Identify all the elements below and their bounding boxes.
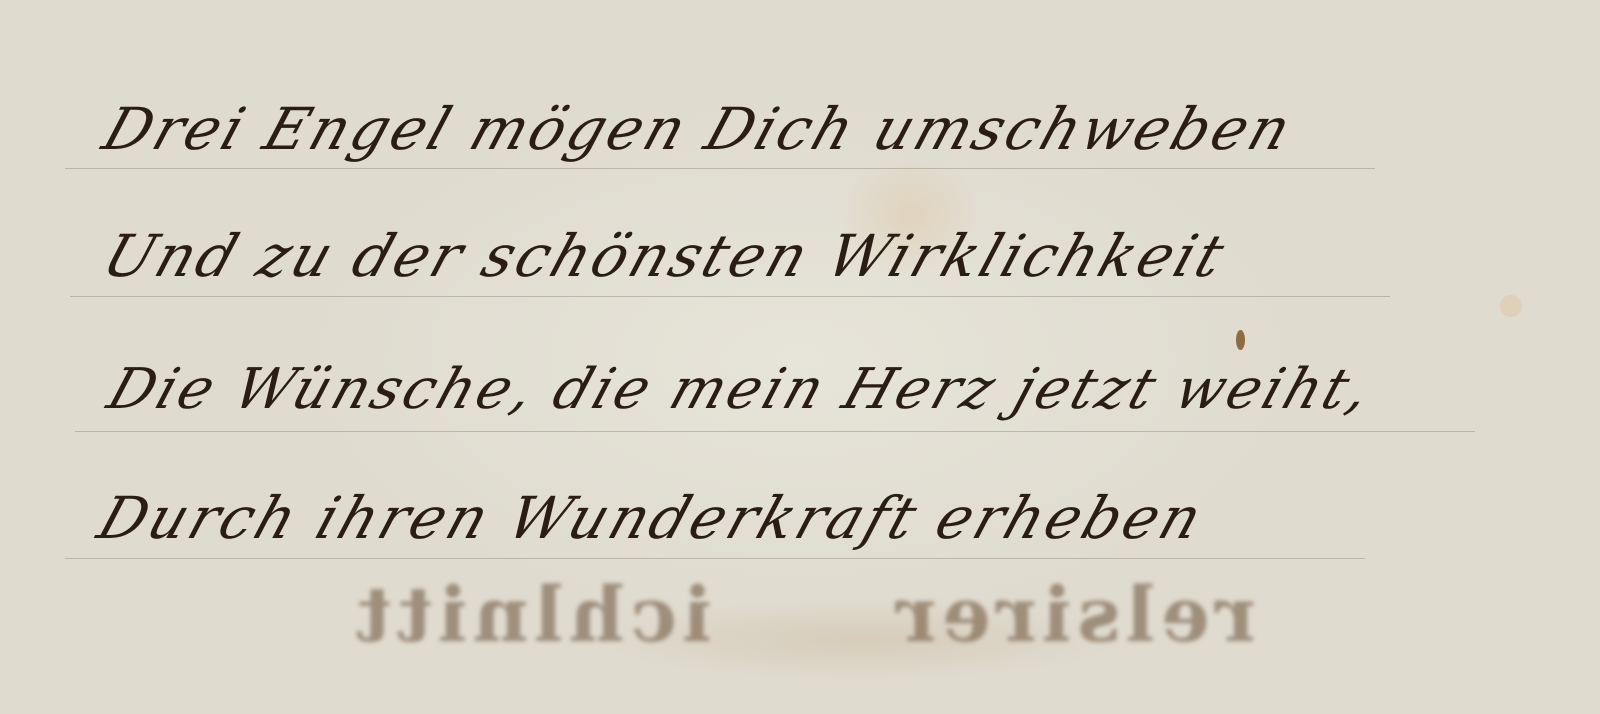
manuscript-line-2: Und zu der schönsten Wirklichkeit: [95, 222, 1235, 290]
ruling-line-3: [75, 431, 1475, 432]
bleed-through-text-left: ichlnitt: [350, 570, 712, 659]
manuscript-line-4: Durch ihren Wunderkraft erheben: [90, 484, 1213, 552]
ruling-line-1: [65, 168, 1375, 169]
ink-spot: [1236, 330, 1245, 350]
manuscript-line-3: Die Wünsche, die mein Herz jetzt weiht,: [100, 357, 1381, 422]
manuscript-line-1: Drei Engel mögen Dich umschweben: [95, 95, 1302, 163]
foxing-stain: [1500, 295, 1522, 317]
bleed-through-text-right: relsirer: [890, 570, 1255, 659]
ruling-line-4: [65, 558, 1365, 559]
ruling-line-2: [70, 296, 1390, 297]
